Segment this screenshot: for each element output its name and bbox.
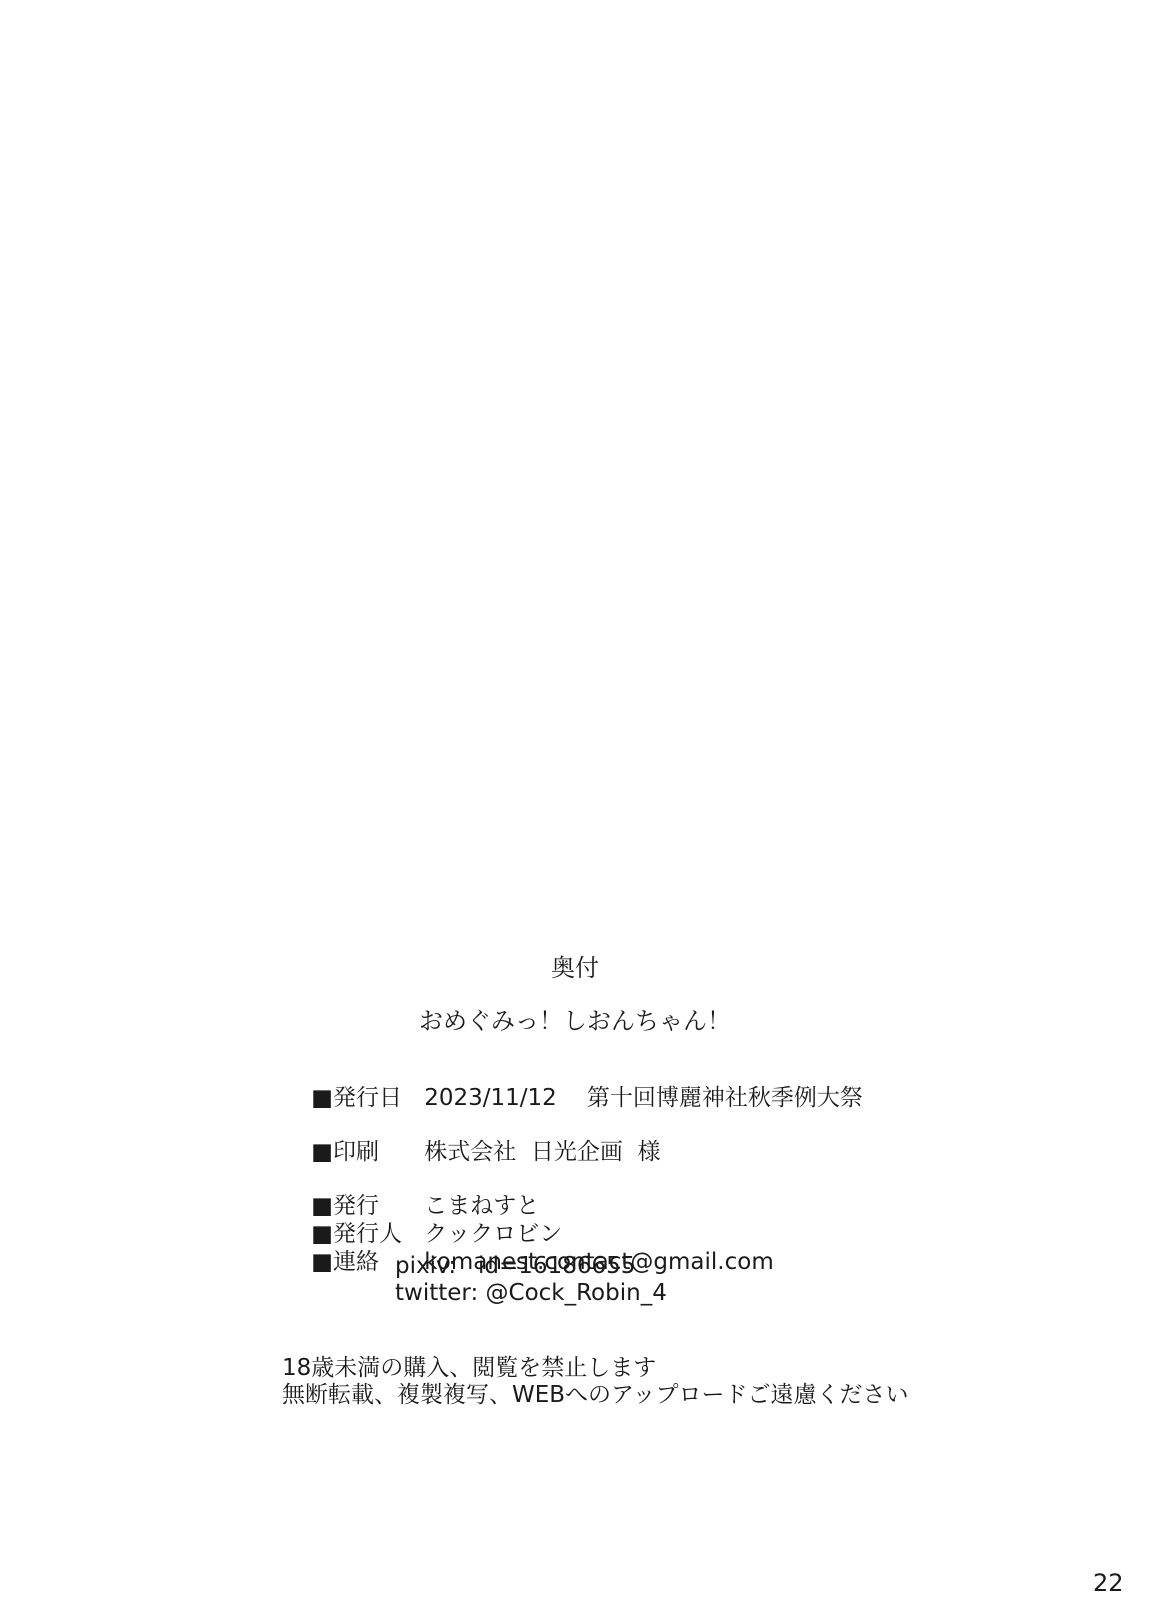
section-title: 奥付 [0,956,1150,980]
printer-value: 株式会社 日光企画 様 [424,1139,660,1165]
age-restriction-notice: 18歳未満の購入、閲覧を禁止します [282,1357,656,1380]
page-number: 22 [1093,1571,1124,1595]
publish-event-name: 第十回博麗神社秋季例大祭 [587,1085,863,1111]
publish-date-label: ■発行日 [311,1087,424,1110]
twitter-handle: twitter: @Cock_Robin_4 [395,1282,667,1305]
publish-date-value: 2023/11/12 [424,1085,557,1111]
book-title: おめぐみっ！しおんちゃん！ [0,1009,1150,1033]
no-reproduction-notice: 無断転載、複製複写、WEBへのアップロードご遠慮ください [282,1384,908,1407]
colophon-page: 奥付 おめぐみっ！しおんちゃん！ ■発行日2023/11/12第十回博麗神社秋季… [0,0,1150,1622]
printer-label: ■印刷 [311,1141,424,1164]
pixiv-id: pixiv: id=16186655 [395,1255,635,1278]
